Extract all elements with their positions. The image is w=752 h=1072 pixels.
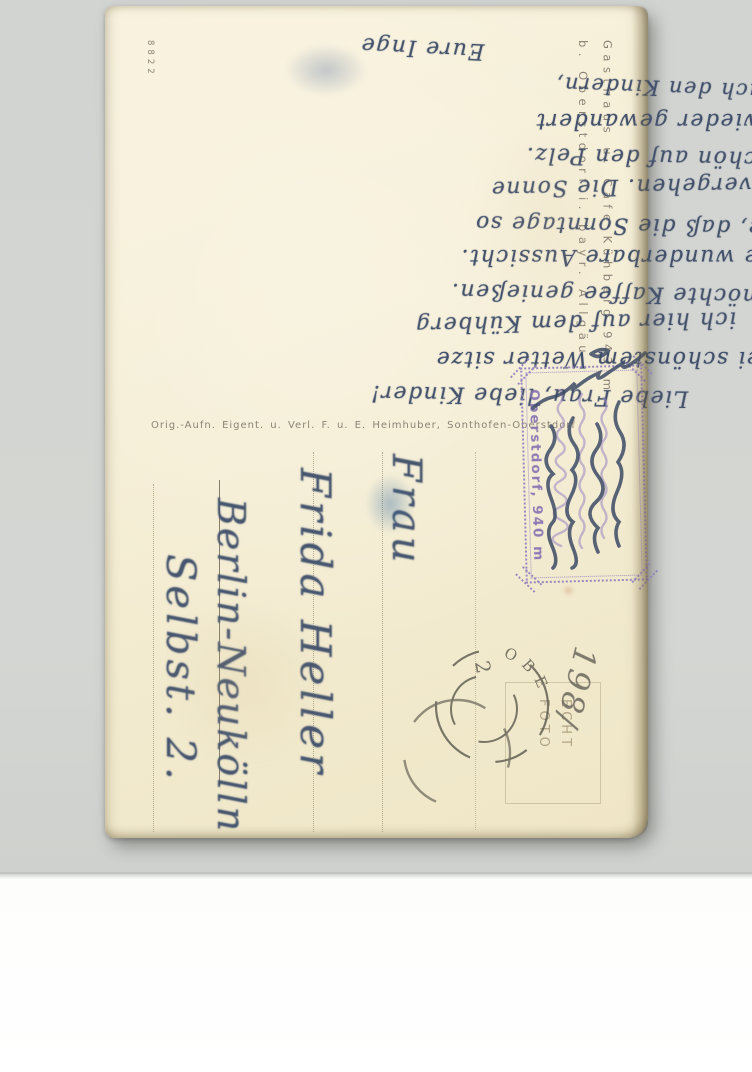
serial-number: 8822 — [145, 40, 155, 78]
postmark-letter: B — [518, 656, 539, 676]
address-ruling-line — [475, 452, 476, 830]
scanner-seam — [0, 872, 752, 874]
ink-smudge — [285, 44, 367, 96]
postmark-number: 2 — [470, 659, 496, 676]
age-stain — [475, 116, 625, 326]
postmark-letter: O — [501, 644, 520, 666]
address-ruling-line — [153, 484, 154, 832]
message-signature: Eure Inge — [359, 32, 484, 63]
card-edge-shading — [632, 6, 648, 838]
postcard: Gasthaus u. Cafe Kühberg 943 m b. Oberst… — [105, 6, 648, 838]
hotel-stamp: Oberstdorf, 940 m — [520, 364, 648, 583]
scan-background: Gasthaus u. Cafe Kühberg 943 m b. Oberst… — [0, 0, 752, 1072]
stain-dot — [563, 586, 574, 595]
ink-blot — [365, 474, 415, 534]
age-stain — [160, 596, 330, 766]
publisher-line: Orig.-Aufn. Eigent. u. Verl. F. u. E. He… — [151, 420, 576, 431]
